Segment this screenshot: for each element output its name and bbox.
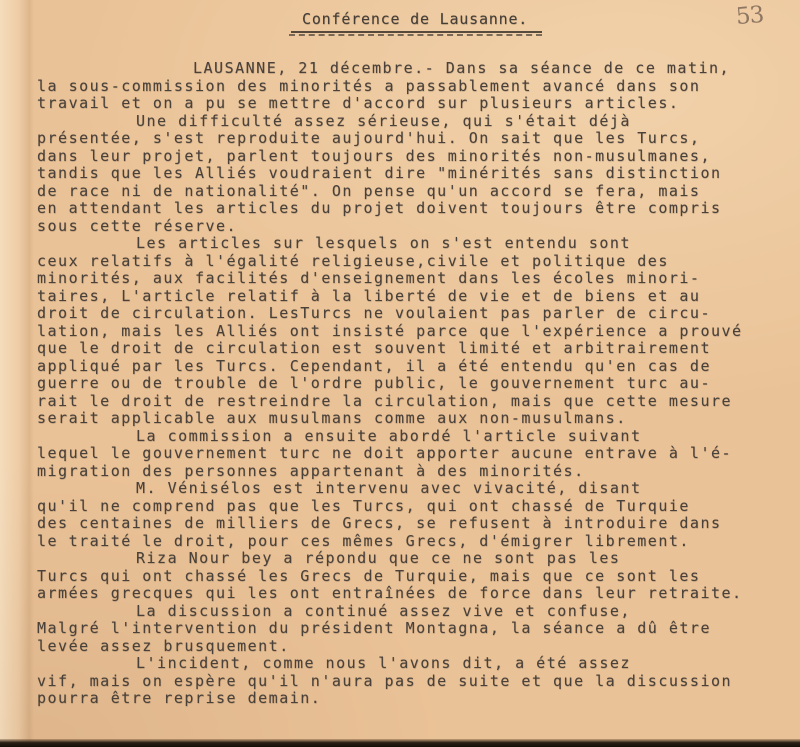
text-line: La commission a ensuite abordé l'article… — [37, 428, 799, 446]
text-line: pourra être reprise demain. — [37, 690, 799, 708]
text-line: travail et on a pu se mettre d'accord su… — [37, 95, 799, 113]
paper-edge — [0, 0, 34, 747]
text-line: qu'il ne comprend pas que les Turcs, qui… — [37, 498, 799, 516]
document-page: 53 Conférence de Lausanne. LAUSANNE, 21 … — [0, 0, 800, 747]
text-line: le traité le droit, pour ces mêmes Grecs… — [37, 533, 799, 551]
text-line: taires, L'article relatif à la liberté d… — [37, 288, 799, 306]
text-line: lequel le gouvernement turc ne doit appo… — [37, 445, 799, 463]
text-line: Une difficulté assez sérieuse, qui s'éta… — [37, 113, 799, 131]
text-line: tandis que les Alliés voudraient dire "m… — [37, 165, 799, 183]
text-line: M. Vénisélos est intervenu avec vivacité… — [37, 480, 799, 498]
text-line: Malgré l'intervention du président Monta… — [37, 620, 799, 638]
text-line: guerre ou de trouble de l'ordre public, … — [37, 375, 799, 393]
text-line: Turcs qui ont chassé les Grecs de Turqui… — [37, 568, 799, 586]
text-line: appliqué par les Turcs. Cependant, il a … — [37, 358, 799, 376]
text-line: minorités, aux facilités d'enseignement … — [37, 270, 799, 288]
text-line: dans leur projet, parlent toujours des m… — [37, 148, 799, 166]
title-text: Conférence de Lausanne. — [291, 10, 542, 33]
text-line: la sous-commission des minorités a passa… — [37, 78, 799, 96]
text-line: sous cette réserve. — [37, 218, 799, 236]
document-body: LAUSANNE, 21 décembre.- Dans sa séance d… — [37, 60, 799, 708]
text-line: levée assez brusquement. — [37, 638, 799, 656]
text-line: présentée, s'est reproduite aujourd'hui.… — [37, 130, 799, 148]
text-line: Les articles sur lesquels on s'est enten… — [37, 235, 799, 253]
text-line: des centaines de milliers de Grecs, se r… — [37, 515, 799, 533]
text-line: de race ni de nationalité". On pense qu'… — [37, 183, 799, 201]
text-line: armées grecques qui les ont entraînées d… — [37, 585, 799, 603]
text-line: LAUSANNE, 21 décembre.- Dans sa séance d… — [37, 60, 799, 78]
text-line: en attendant les articles du projet doiv… — [37, 200, 799, 218]
text-line: migration des personnes appartenant à de… — [37, 463, 799, 481]
text-line: Riza Nour bey a répondu que ce ne sont p… — [37, 550, 799, 568]
text-line: vif, mais on espère qu'il n'aura pas de … — [37, 673, 799, 691]
text-line: ceux relatifs à l'égalité religieuse,civ… — [37, 253, 799, 271]
scan-edge — [0, 739, 800, 747]
text-line: que le droit de circulation est souvent … — [37, 340, 799, 358]
page-number: 53 — [735, 2, 764, 30]
text-line: droit de circulation. LesTurcs ne voulai… — [37, 305, 799, 323]
text-line: La discussion a continué assez vive et c… — [37, 603, 799, 621]
document-title: Conférence de Lausanne. — [291, 9, 542, 36]
text-line: rait le droit de restreindre la circulat… — [37, 393, 799, 411]
text-line: serait applicable aux musulmans comme au… — [37, 410, 799, 428]
text-line: lation, mais les Alliés ont insisté parc… — [37, 323, 799, 341]
title-underline — [289, 34, 542, 36]
text-line: L'incident, comme nous l'avons dit, a ét… — [37, 655, 799, 673]
